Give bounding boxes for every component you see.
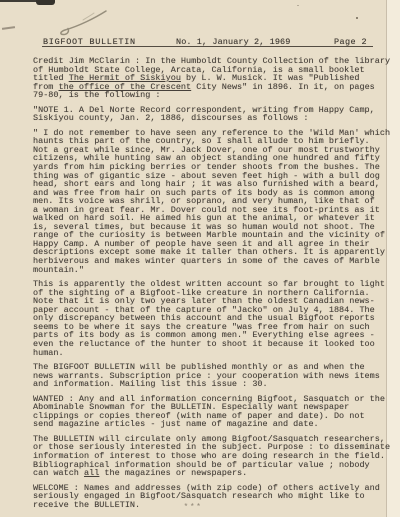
scan-artifact-dash — [2, 26, 15, 30]
paragraph: WANTED : Any and all information concern… — [33, 395, 397, 429]
paragraph: "NOTE 1. A Del Norte Record corresponden… — [33, 106, 397, 123]
paragraph: This is apparently the oldest written ac… — [33, 280, 397, 357]
text-segment: The BIGFOOT BULLETIN will be published m… — [33, 362, 380, 389]
issue-date: No. 1, January 2, 1969 — [176, 37, 290, 47]
paragraph: The BULLETIN will circulate only among B… — [33, 435, 397, 478]
underlined-phrase: all — [84, 468, 99, 478]
paragraph: The BIGFOOT BULLETIN will be published m… — [33, 363, 397, 389]
text-segment: the magazines or newspapers. — [99, 468, 247, 478]
scan-speck — [356, 17, 358, 19]
handwritten-pencil-mark — [50, 8, 112, 40]
paragraph: " I do not remember to have seen any ref… — [33, 129, 397, 274]
scan-artifact-blob — [36, 0, 55, 5]
text-segment: This is apparently the oldest written ac… — [33, 279, 385, 357]
text-segment: " I do not remember to have seen any ref… — [33, 128, 390, 275]
text-segment: WANTED : Any and all information concern… — [33, 394, 385, 430]
scan-speck — [297, 5, 299, 6]
text-segment: "NOTE 1. A Del Norte Record corresponden… — [33, 105, 375, 124]
page-number: Page 2 — [334, 37, 367, 47]
bulletin-title: BIGFOOT BULLETIN — [43, 37, 136, 47]
paragraph: Credit Jim McClarin : In the Humboldt Co… — [33, 57, 397, 100]
scanned-page: BIGFOOT BULLETIN No. 1, January 2, 1969 … — [0, 0, 400, 517]
footer-separator-mark: *** — [0, 503, 386, 512]
document-body: Credit Jim McClarin : In the Humboldt Co… — [33, 57, 397, 515]
